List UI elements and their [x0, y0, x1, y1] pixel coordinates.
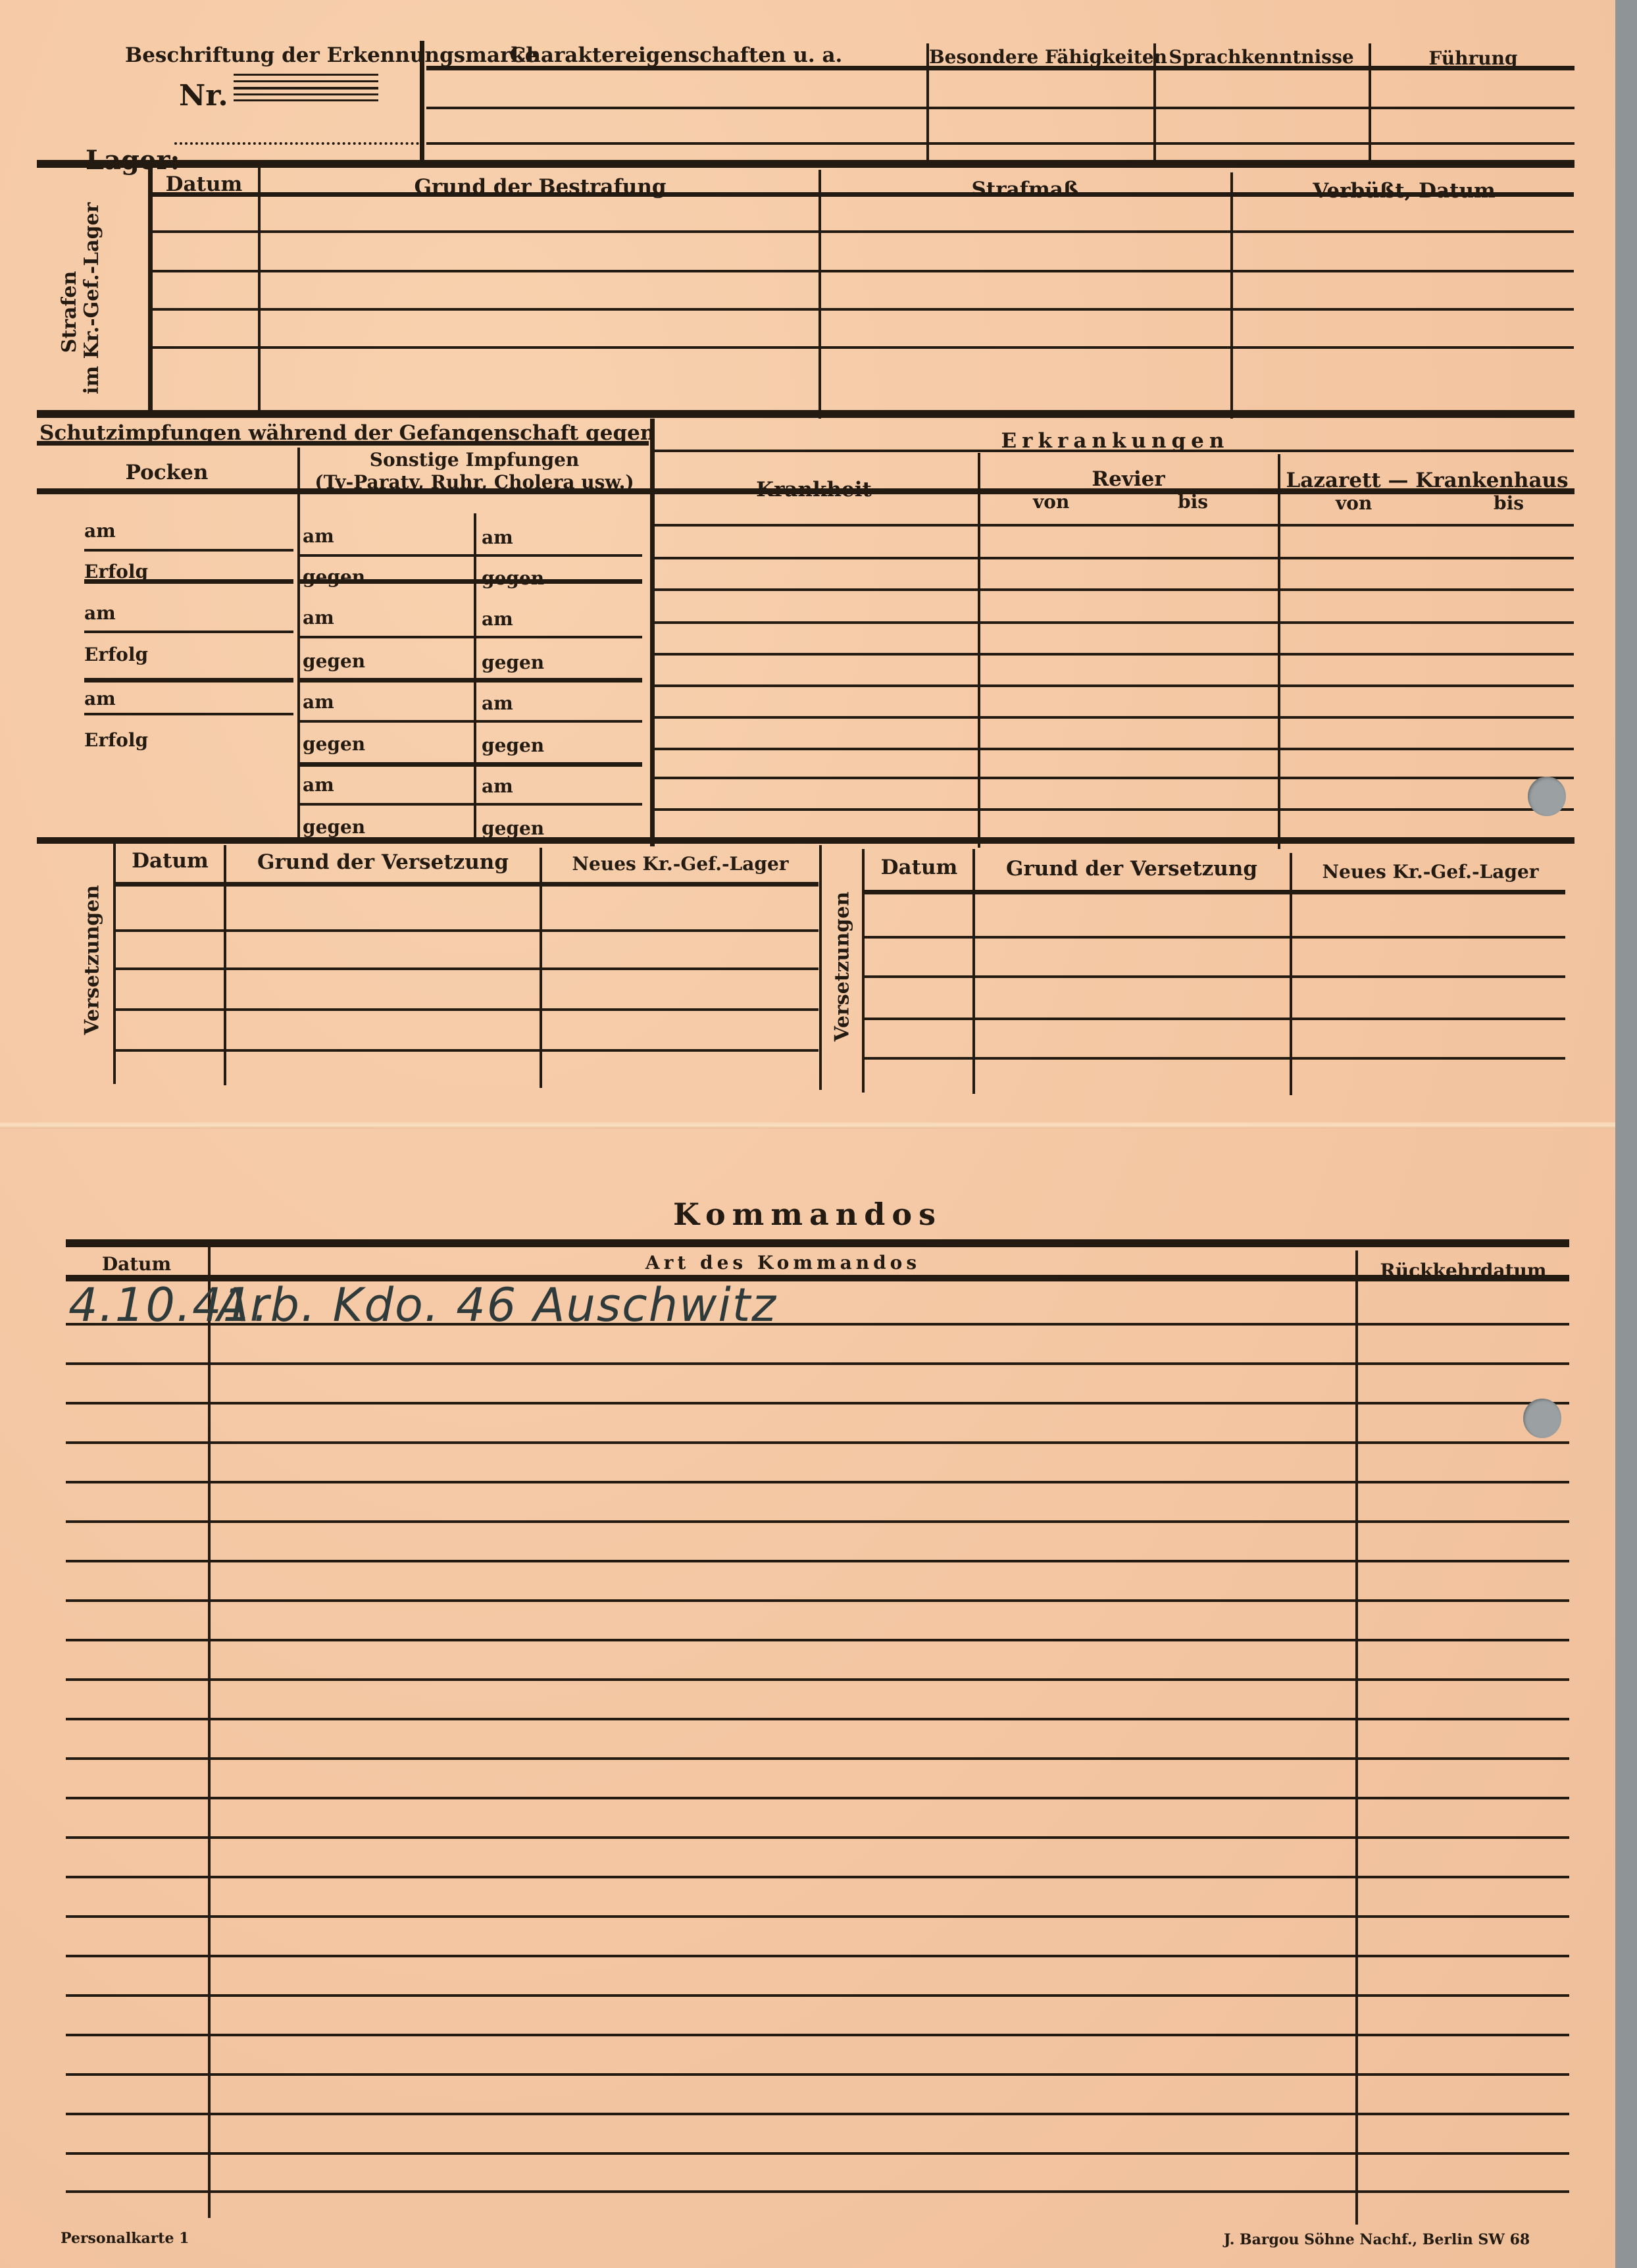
kommandos-header-type: Art des Kommandos	[211, 1252, 1355, 1274]
other-col1-am: am	[303, 607, 334, 629]
row-line	[300, 720, 642, 723]
table-row[interactable]	[66, 1876, 1569, 1878]
row-line	[865, 936, 1565, 939]
table-row[interactable]	[66, 1481, 1569, 1483]
row-line	[653, 450, 1574, 452]
transfers-side-label-right: Versetzungen	[831, 897, 854, 1042]
table-row[interactable]	[66, 1362, 1569, 1365]
pocken-erfolg-3: Erfolg	[84, 729, 148, 751]
fold-crease	[0, 1122, 1615, 1129]
divider	[297, 448, 300, 842]
other-col2-gegen: gegen	[482, 817, 544, 839]
punch-hole	[1523, 1399, 1561, 1438]
table-row[interactable]	[66, 1797, 1569, 1799]
row-line	[116, 1008, 818, 1011]
row-line	[116, 929, 818, 932]
divider	[420, 41, 424, 163]
table-row[interactable]	[66, 1599, 1569, 1602]
row-line	[300, 579, 642, 584]
pocken-erfolg-2: Erfolg	[84, 644, 148, 665]
traits-header-skills: Besondere Fähigkeiten	[929, 46, 1153, 68]
row-line	[426, 66, 1574, 70]
pocken-header: Pocken	[37, 461, 297, 484]
nr-label: Nr.	[179, 79, 228, 113]
row-line	[84, 631, 293, 633]
other-vaccinations-header: Sonstige Impfungen(Ty-Paraty, Ruhr, Chol…	[300, 449, 649, 494]
transfers-right-header-camp: Neues Kr.-Gef.-Lager	[1292, 861, 1569, 883]
other-col2-am: am	[482, 692, 513, 714]
divider	[113, 844, 116, 1084]
row-line	[151, 308, 1574, 311]
nr-line	[234, 99, 378, 101]
divider	[1230, 172, 1233, 419]
other-col1-gegen: gegen	[303, 650, 365, 672]
tag-label: Beschriftung der Erkennungsmarke	[125, 43, 480, 67]
other-col2-am: am	[482, 527, 513, 548]
section-rule	[37, 837, 1574, 844]
table-row[interactable]	[66, 2073, 1569, 2076]
row-line	[653, 808, 1574, 811]
divider	[862, 849, 865, 1093]
row-line	[653, 621, 1574, 624]
table-row[interactable]	[66, 1955, 1569, 1957]
row-line	[426, 142, 1574, 145]
table-row[interactable]	[66, 1520, 1569, 1523]
table-row[interactable]	[66, 1323, 1569, 1326]
transfers-right-header-date: Datum	[865, 856, 974, 879]
kommandos-header-date: Datum	[66, 1253, 207, 1275]
row-line	[865, 975, 1565, 978]
row-line	[84, 678, 293, 683]
scan-edge	[1615, 0, 1637, 2268]
row-line	[84, 579, 293, 584]
row-line	[653, 524, 1574, 527]
other-col1-gegen: gegen	[303, 816, 365, 838]
transfers-right-header-reason: Grund der Versetzung	[975, 857, 1288, 881]
transfers-left-header-camp: Neues Kr.-Gef.-Lager	[542, 853, 818, 875]
divider	[208, 1244, 211, 2218]
lazarett-bis: bis	[1494, 492, 1524, 514]
row-line	[300, 678, 642, 683]
nr-line	[234, 74, 378, 76]
transfers-side-label-left: Versetzungen	[81, 890, 104, 1035]
row-line	[653, 653, 1574, 656]
row-line	[653, 684, 1574, 687]
revier-bis: bis	[1178, 491, 1208, 513]
table-row[interactable]	[66, 1915, 1569, 1918]
divider	[978, 453, 980, 848]
other-col2-gegen: gegen	[482, 567, 544, 589]
row-line	[865, 890, 1565, 894]
other-col1-gegen: gegen	[303, 566, 365, 588]
table-row[interactable]	[66, 1757, 1569, 1760]
lazarett-von: von	[1336, 492, 1372, 514]
table-row[interactable]	[66, 1836, 1569, 1839]
punishments-header-sentence: Strafmaß	[821, 178, 1229, 201]
divider	[258, 165, 261, 415]
revier-von: von	[1033, 491, 1069, 513]
illness-header: Krankheit	[653, 478, 975, 502]
row-line	[426, 107, 1574, 109]
divider	[1278, 454, 1280, 849]
table-row[interactable]	[66, 1560, 1569, 1562]
row-line	[116, 1049, 818, 1052]
punishments-side-label: Strafenim Kr.-Gef.-Lager	[59, 230, 103, 394]
row-line	[300, 554, 642, 557]
other-col2-gegen: gegen	[482, 652, 544, 673]
row-line	[151, 346, 1574, 349]
other-col1-am: am	[303, 691, 334, 713]
nr-line	[234, 87, 378, 90]
row-line	[300, 636, 642, 638]
row-line	[116, 967, 818, 970]
divider	[819, 845, 822, 1090]
divider	[1355, 1250, 1358, 2225]
row-line	[653, 716, 1574, 719]
punch-hole	[1528, 777, 1566, 816]
divider	[818, 170, 821, 419]
transfers-left-header-reason: Grund der Versetzung	[226, 850, 540, 874]
other-col1-am: am	[303, 774, 334, 796]
table-row[interactable]	[66, 1441, 1569, 1444]
table-row[interactable]	[66, 2190, 1569, 2193]
form-id: Personalkarte 1	[61, 2230, 189, 2247]
row-line	[151, 192, 1574, 197]
nr-line	[234, 93, 378, 95]
section-rule	[37, 160, 1574, 168]
table-row[interactable]	[66, 1994, 1569, 1997]
table-row[interactable]	[66, 1718, 1569, 1720]
kommandos-title: Kommandos	[0, 1197, 1615, 1232]
other-col2-am: am	[482, 608, 513, 630]
section-rule	[66, 1239, 1569, 1247]
document-card	[0, 0, 1615, 2268]
row-line	[116, 882, 818, 887]
other-col1-gegen: gegen	[303, 733, 365, 755]
table-row[interactable]	[66, 2152, 1569, 2155]
section-rule	[37, 410, 1574, 418]
table-row[interactable]	[66, 1639, 1569, 1641]
row-line	[865, 1057, 1565, 1060]
table-row[interactable]	[66, 2034, 1569, 2036]
row-line	[653, 777, 1574, 779]
table-row[interactable]	[66, 1678, 1569, 1681]
transfers-left-header-date: Datum	[116, 849, 224, 873]
pocken-am-3: am	[84, 688, 116, 709]
other-col2-am: am	[482, 775, 513, 797]
row-line	[653, 588, 1574, 591]
row-line	[151, 270, 1574, 272]
revier-header: Revier	[980, 467, 1276, 491]
row-line	[84, 713, 293, 715]
row-line	[300, 803, 642, 806]
other-col1-am: am	[303, 525, 334, 547]
table-row[interactable]	[66, 2113, 1569, 2115]
row-line	[653, 557, 1574, 559]
divider	[148, 165, 153, 415]
table-row[interactable]	[66, 1402, 1569, 1405]
printer-imprint: J. Bargou Söhne Nachf., Berlin SW 68	[1224, 2231, 1530, 2248]
row-line	[151, 230, 1574, 233]
other-col2-gegen: gegen	[482, 735, 544, 756]
row-line	[300, 762, 642, 767]
traits-header-languages: Sprachkenntnisse	[1156, 46, 1367, 68]
row-line	[84, 549, 293, 552]
nr-line	[234, 80, 378, 82]
row-line	[653, 748, 1574, 750]
punishments-header-served: Verbüßt, Datum	[1233, 179, 1575, 203]
lazarett-header: Lazarett — Krankenhaus	[1280, 469, 1574, 492]
lager-field[interactable]	[174, 142, 419, 145]
traits-header-character: Charaktereigenschaften u. a.	[428, 43, 924, 67]
pocken-am-1: am	[84, 520, 116, 542]
pocken-am-2: am	[84, 602, 116, 624]
row-line	[865, 1018, 1565, 1020]
row-line	[37, 441, 649, 446]
